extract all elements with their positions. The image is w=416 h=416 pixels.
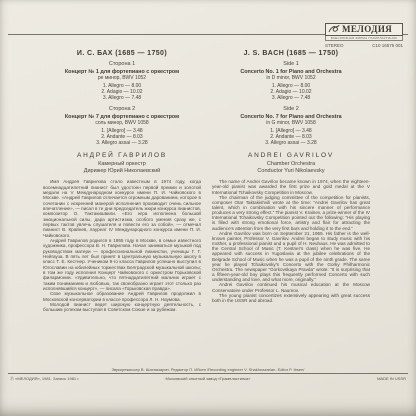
movement-item: 3. Allegro — 7.48 [43, 95, 201, 101]
copyright-note: Ⓟ «МЕЛОДИЯ», 1981. Запись 1981 г. [10, 376, 109, 382]
work-2-key-ru: соль минор, BWV 1058 [43, 120, 201, 126]
liner-notes-paragraph: Andrei Gavrilov continued his musical ed… [212, 282, 370, 292]
conductor-name-en: Conductor Yuri Nikolaevsky [212, 168, 370, 175]
bottom-divider [8, 373, 408, 374]
side-1-label-ru: Сторона 1 [43, 61, 201, 67]
credits-line: Звукорежиссер В. Шахназарян. Редактор П.… [0, 367, 416, 372]
liner-notes-paragraph: Андрей Гаврилов родился в 1955 году в Мо… [43, 238, 201, 291]
liner-notes-paragraph: Имя Андрея Гаврилова стало известным в 1… [43, 179, 201, 238]
pressing-plant-note: Московский опытный завод «Грампластинка» [109, 376, 307, 382]
liner-notes-paragraph: Свое музыкальное образование Андрей Гавр… [43, 291, 201, 302]
liner-notes-ru: Имя Андрея Гаврилова стало известным в 1… [43, 179, 201, 313]
movement-item: 3. Allegro assai — 3.28 [43, 140, 201, 146]
liner-notes-paragraph: Молодой пианист ведет широкую концертную… [43, 302, 201, 313]
work-2-title-ru: Концерт № 7 для фортепиано с оркестром [43, 114, 201, 120]
melodiya-logo-text: МЕЛОДИЯ [342, 25, 392, 34]
made-in-note: MADE IN USSR [307, 376, 406, 382]
artist-name-en: ANDREI GAVRILOV [212, 152, 370, 159]
artist-name-ru: АНДРЕЙ ГАВРИЛОВ [43, 152, 201, 159]
liner-notes-paragraph: The chairman of the judging committee of… [212, 195, 370, 231]
catalog-number: С10 16575 001 [372, 43, 403, 48]
record-sleeve-back: МЕЛОДИЯ ВСЕСОЮЗНАЯ ФИРМА ГРАМПЛАСТИНОК S… [0, 0, 416, 416]
side-2-label-ru: Сторона 2 [43, 106, 201, 112]
work-1-key-en: in D minor, BWV 1052 [212, 75, 370, 81]
composer-title-ru: И. С. БАХ (1685 — 1750) [43, 50, 201, 57]
liner-notes-paragraph: The name of Andrei Gavrilov became known… [212, 179, 370, 194]
composer-title-en: J. S. BACH (1685 — 1750) [212, 50, 370, 57]
movement-item: 3. Allegro — 7.48 [212, 95, 370, 101]
work-2-key-en: in G minor, BWV 1058 [212, 120, 370, 126]
work-1-key-ru: ре минор, BWV 1052 [43, 75, 201, 81]
stereo-label: STEREO [325, 43, 344, 48]
movement-item: 3. Allegro assai — 3.28 [212, 140, 370, 146]
conductor-name-ru: Дирижер Юрий Николаевский [43, 168, 201, 175]
english-column: J. S. BACH (1685 — 1750) Side 1 Concerto… [212, 50, 370, 303]
melodiya-logo: МЕЛОДИЯ ВСЕСОЮЗНАЯ ФИРМА ГРАМПЛАСТИНОК S… [325, 23, 403, 48]
russian-column: И. С. БАХ (1685 — 1750) Сторона 1 Концер… [43, 50, 201, 313]
side-2-label-en: Side 2 [212, 106, 370, 112]
side-1-label-en: Side 1 [212, 61, 370, 67]
bottom-row: Ⓟ «МЕЛОДИЯ», 1981. Запись 1981 г. Москов… [10, 376, 406, 382]
liner-notes-paragraph: Andrei Gavrilov was born on September 21… [212, 231, 370, 283]
melodiya-logo-box: МЕЛОДИЯ [325, 23, 403, 36]
liner-notes-en: The name of Andrei Gavrilov became known… [212, 179, 370, 303]
melodiya-logo-subtext: ВСЕСОЮЗНАЯ ФИРМА ГРАМПЛАСТИНОК [325, 36, 403, 41]
liner-notes-paragraph: The young pianist concertizes extensivel… [212, 293, 370, 303]
